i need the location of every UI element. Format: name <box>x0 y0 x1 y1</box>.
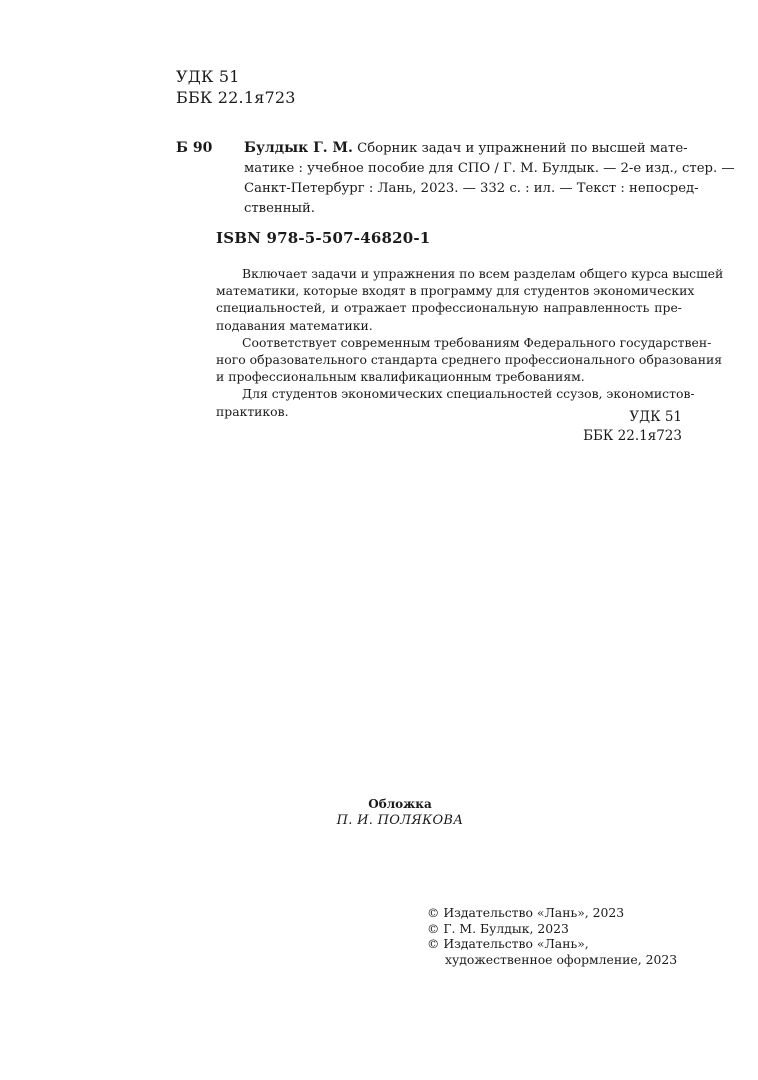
cover-label: Обложка <box>300 797 500 812</box>
copyright-line: © Г. М. Булдык, 2023 <box>427 921 677 937</box>
annotation-line: специальностей, и отражает профессиональ… <box>216 299 682 316</box>
bbk-code: ББК 22.1я723 <box>176 87 296 108</box>
biblio-title: Сборник задач и упражнений по высшей мат… <box>357 141 687 156</box>
annotation-line: математики, которые входят в программу д… <box>216 282 682 299</box>
author-name: Булдык Г. М. <box>244 140 353 156</box>
annotation: Включает задачи и упражнения по всем раз… <box>216 265 682 420</box>
annotation-line: и профессиональным квалификационным треб… <box>216 368 682 385</box>
annotation-line: Соответствует современным требованиям Фе… <box>216 334 682 351</box>
classification-codes-bottom: УДК 51 ББК 22.1я723 <box>583 408 682 446</box>
annotation-line: Для студентов экономических специальност… <box>216 385 682 402</box>
isbn: ISBN 978-5-507-46820-1 <box>216 229 430 247</box>
bibliographic-record: Б 90 Булдык Г. М. Сборник задач и упражн… <box>176 138 684 219</box>
annotation-line: ного образовательного стандарта среднего… <box>216 351 682 368</box>
copyright-line: художественное оформление, 2023 <box>427 952 677 968</box>
cover-credit: Обложка П. И. ПОЛЯКОВА <box>300 797 500 829</box>
annotation-line: подавания математики. <box>216 317 682 334</box>
classification-codes-top: УДК 51 ББК 22.1я723 <box>176 66 296 108</box>
annotation-line: Включает задачи и упражнения по всем раз… <box>216 265 682 282</box>
biblio-line-4: ственный. <box>244 199 684 219</box>
udk-code: УДК 51 <box>176 66 296 87</box>
bbk-code: ББК 22.1я723 <box>583 427 682 446</box>
biblio-line-3: Санкт-Петербург : Лань, 2023. — 332 с. :… <box>244 179 684 199</box>
cover-designer-name: П. И. ПОЛЯКОВА <box>300 812 500 829</box>
copyright-line: © Издательство «Лань», 2023 <box>427 905 677 921</box>
biblio-line-1: Булдык Г. М. Сборник задач и упражнений … <box>244 138 684 159</box>
author-mark: Б 90 <box>176 138 212 158</box>
copyright-block: © Издательство «Лань», 2023 © Г. М. Булд… <box>427 905 677 967</box>
biblio-line-2: матике : учебное пособие для СПО / Г. М.… <box>244 159 684 179</box>
udk-code: УДК 51 <box>583 408 682 427</box>
copyright-line: © Издательство «Лань», <box>427 936 677 952</box>
